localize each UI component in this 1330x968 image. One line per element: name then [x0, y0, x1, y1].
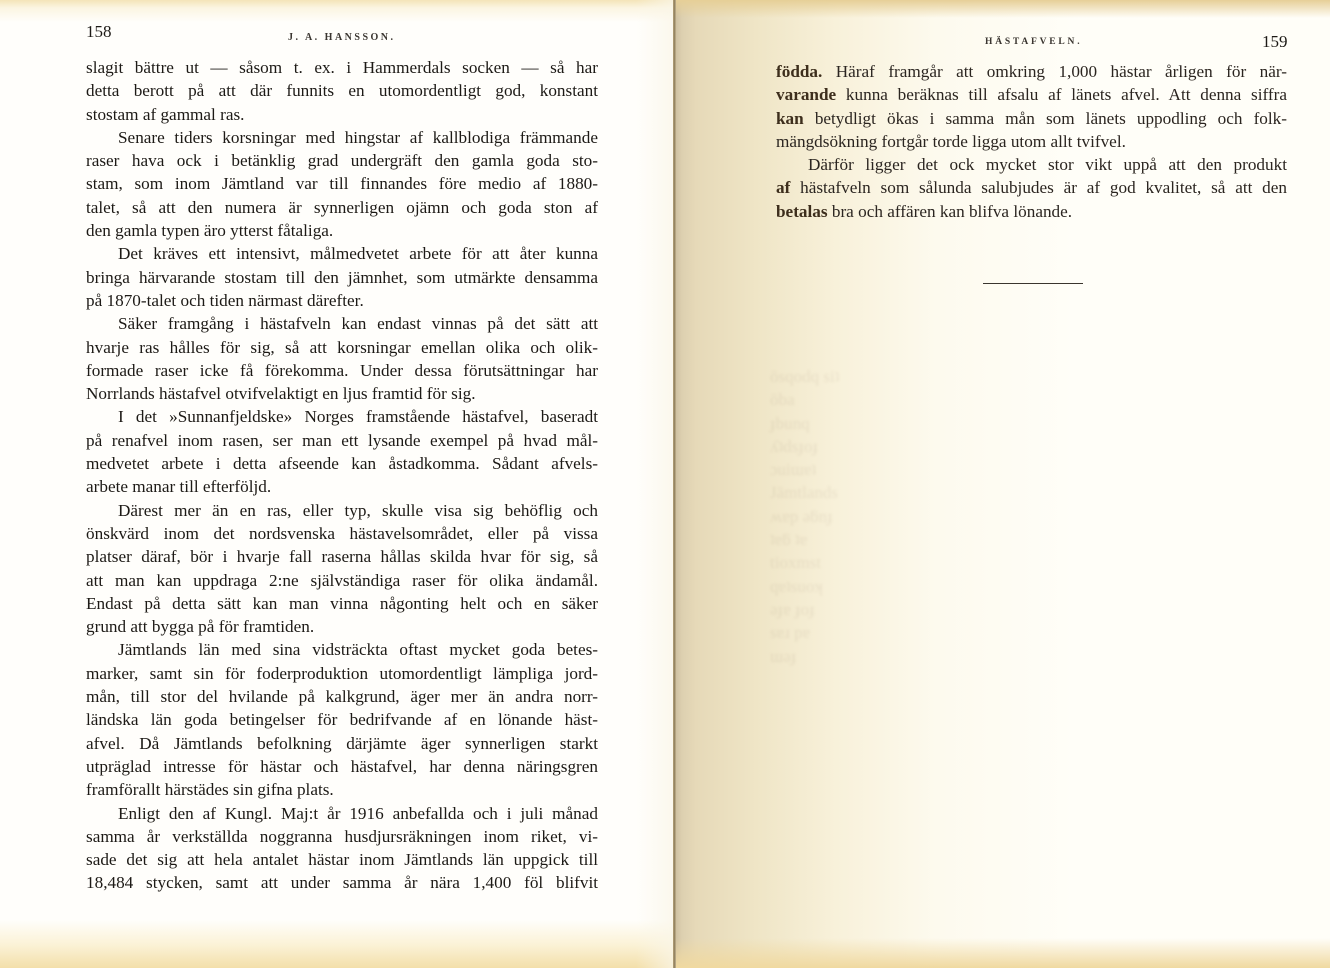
- text-line: hvarje ras hålles för sig, så att korsni…: [86, 336, 598, 359]
- text-line: grund att bygga på för framtiden.: [86, 615, 598, 638]
- line-start-word: af: [776, 178, 790, 197]
- text-line: mån, till stor del hvilande på kalkgrund…: [86, 685, 598, 708]
- text-line: stam, som inom Jämtland var till finnand…: [86, 172, 598, 195]
- left-page: 158 J. A. HANSSON. slagit bättre ut — så…: [0, 0, 676, 968]
- text-line: på 1870-talet och tiden närmast därefter…: [86, 289, 598, 312]
- text-line: Jämtlands län med sina vidsträckta oftas…: [86, 638, 598, 661]
- text-line: af hästafveln som sålunda salubjudes är …: [776, 176, 1287, 199]
- text-line: Det kräves ett intensivt, målmedvetet ar…: [86, 242, 598, 265]
- text-line: framförallt härstädes sin gifna plats.: [86, 778, 598, 801]
- book-spread: 158 J. A. HANSSON. slagit bättre ut — så…: [0, 0, 1330, 968]
- text-line: ländska län goda betingelser för bedrifv…: [86, 708, 598, 731]
- line-rest: hästafveln som sålunda salubjudes är af …: [790, 178, 1287, 197]
- text-line: stostam af gammal ras.: [86, 103, 598, 126]
- text-line: varande kunna beräknas till afsalu af lä…: [776, 83, 1287, 106]
- text-line: marker, samt sin för foderproduktion uto…: [86, 662, 598, 685]
- text-line: utpräglad intresse för hästar och hästaf…: [86, 755, 598, 778]
- text-line: önskvärd inom det nordsvenska hästavelso…: [86, 522, 598, 545]
- text-line: slagit bättre ut — såsom t. ex. i Hammer…: [86, 56, 598, 79]
- text-line: sade det sig att hela antalet hästar ino…: [86, 848, 598, 871]
- text-line: Därför ligger det ock mycket stor vikt u…: [776, 153, 1287, 176]
- line-rest: bra och affären kan blifva lönande.: [828, 202, 1073, 221]
- text-line: kan betydligt ökas i samma mån som länet…: [776, 107, 1287, 130]
- text-line: att man kan uppdraga 2:ne självständiga …: [86, 569, 598, 592]
- text-line: samma år verkställda noggranna husdjursr…: [86, 825, 598, 848]
- text-line: på renafvel inom rasen, ser man ett lysa…: [86, 429, 598, 452]
- text-line: formade raser icke få förekomma. Under d…: [86, 359, 598, 382]
- line-start-word: födda.: [776, 62, 822, 81]
- text-line: detta berott på att där funnits en utomo…: [86, 79, 598, 102]
- text-line: Enligt den af Kungl. Maj:t år 1916 anbef…: [86, 802, 598, 825]
- text-line: I det »Sunnanfjeldske» Norges framståend…: [86, 405, 598, 428]
- right-running-head: HÄSTAFVELN.: [985, 37, 1082, 47]
- text-line: den gamla typen äro ytterst fåtaliga.: [86, 219, 598, 242]
- text-line: mängdsökning fortgår torde ligga utom al…: [776, 130, 1287, 153]
- line-rest: betydligt ökas i samma mån som länets up…: [804, 109, 1287, 128]
- line-start-word: kan: [776, 109, 804, 128]
- left-page-number: 158: [86, 22, 112, 42]
- line-start-word: varande: [776, 85, 836, 104]
- text-line: talet, så att den numera är synnerligen …: [86, 196, 598, 219]
- text-line: födda. Häraf framgår att omkring 1,000 h…: [776, 60, 1287, 83]
- left-page-body: slagit bättre ut — såsom t. ex. i Hammer…: [86, 56, 598, 895]
- right-page-number: 159: [1262, 32, 1288, 52]
- text-line: Säker framgång i hästafveln kan endast v…: [86, 312, 598, 335]
- text-line: medvetet arbete i detta afseende kan åst…: [86, 452, 598, 475]
- right-page-body: födda. Häraf framgår att omkring 1,000 h…: [776, 60, 1287, 223]
- text-line: bringa härvarande stostam till den jämnh…: [86, 266, 598, 289]
- text-line: 18,484 stycken, samt att under samma år …: [86, 871, 598, 894]
- text-line: betalas bra och affären kan blifva lönan…: [776, 200, 1287, 223]
- text-line: Endast på detta sätt kan man vinna någon…: [86, 592, 598, 615]
- left-running-head: J. A. HANSSON.: [288, 32, 396, 43]
- line-rest: kunna beräknas till afsalu af länets afv…: [836, 85, 1287, 104]
- line-start-word: betalas: [776, 202, 828, 221]
- line-rest: Häraf framgår att omkring 1,000 hästar å…: [822, 62, 1287, 81]
- text-line: Senare tiders korsningar med hingstar af…: [86, 126, 598, 149]
- text-line: arbete manar till efterföljd.: [86, 475, 598, 498]
- text-line: afvel. Då Jämtlands befolkning därjämte …: [86, 732, 598, 755]
- text-line: Norrlands hästafvel otvifvelaktigt en lj…: [86, 382, 598, 405]
- text-line: platser däraf, bör i hvarje fall raserna…: [86, 545, 598, 568]
- text-line: raser hava ock i betänklig grad undergrä…: [86, 149, 598, 172]
- text-line: Därest mer än en ras, eller typ, skulle …: [86, 499, 598, 522]
- section-end-rule: [983, 283, 1083, 284]
